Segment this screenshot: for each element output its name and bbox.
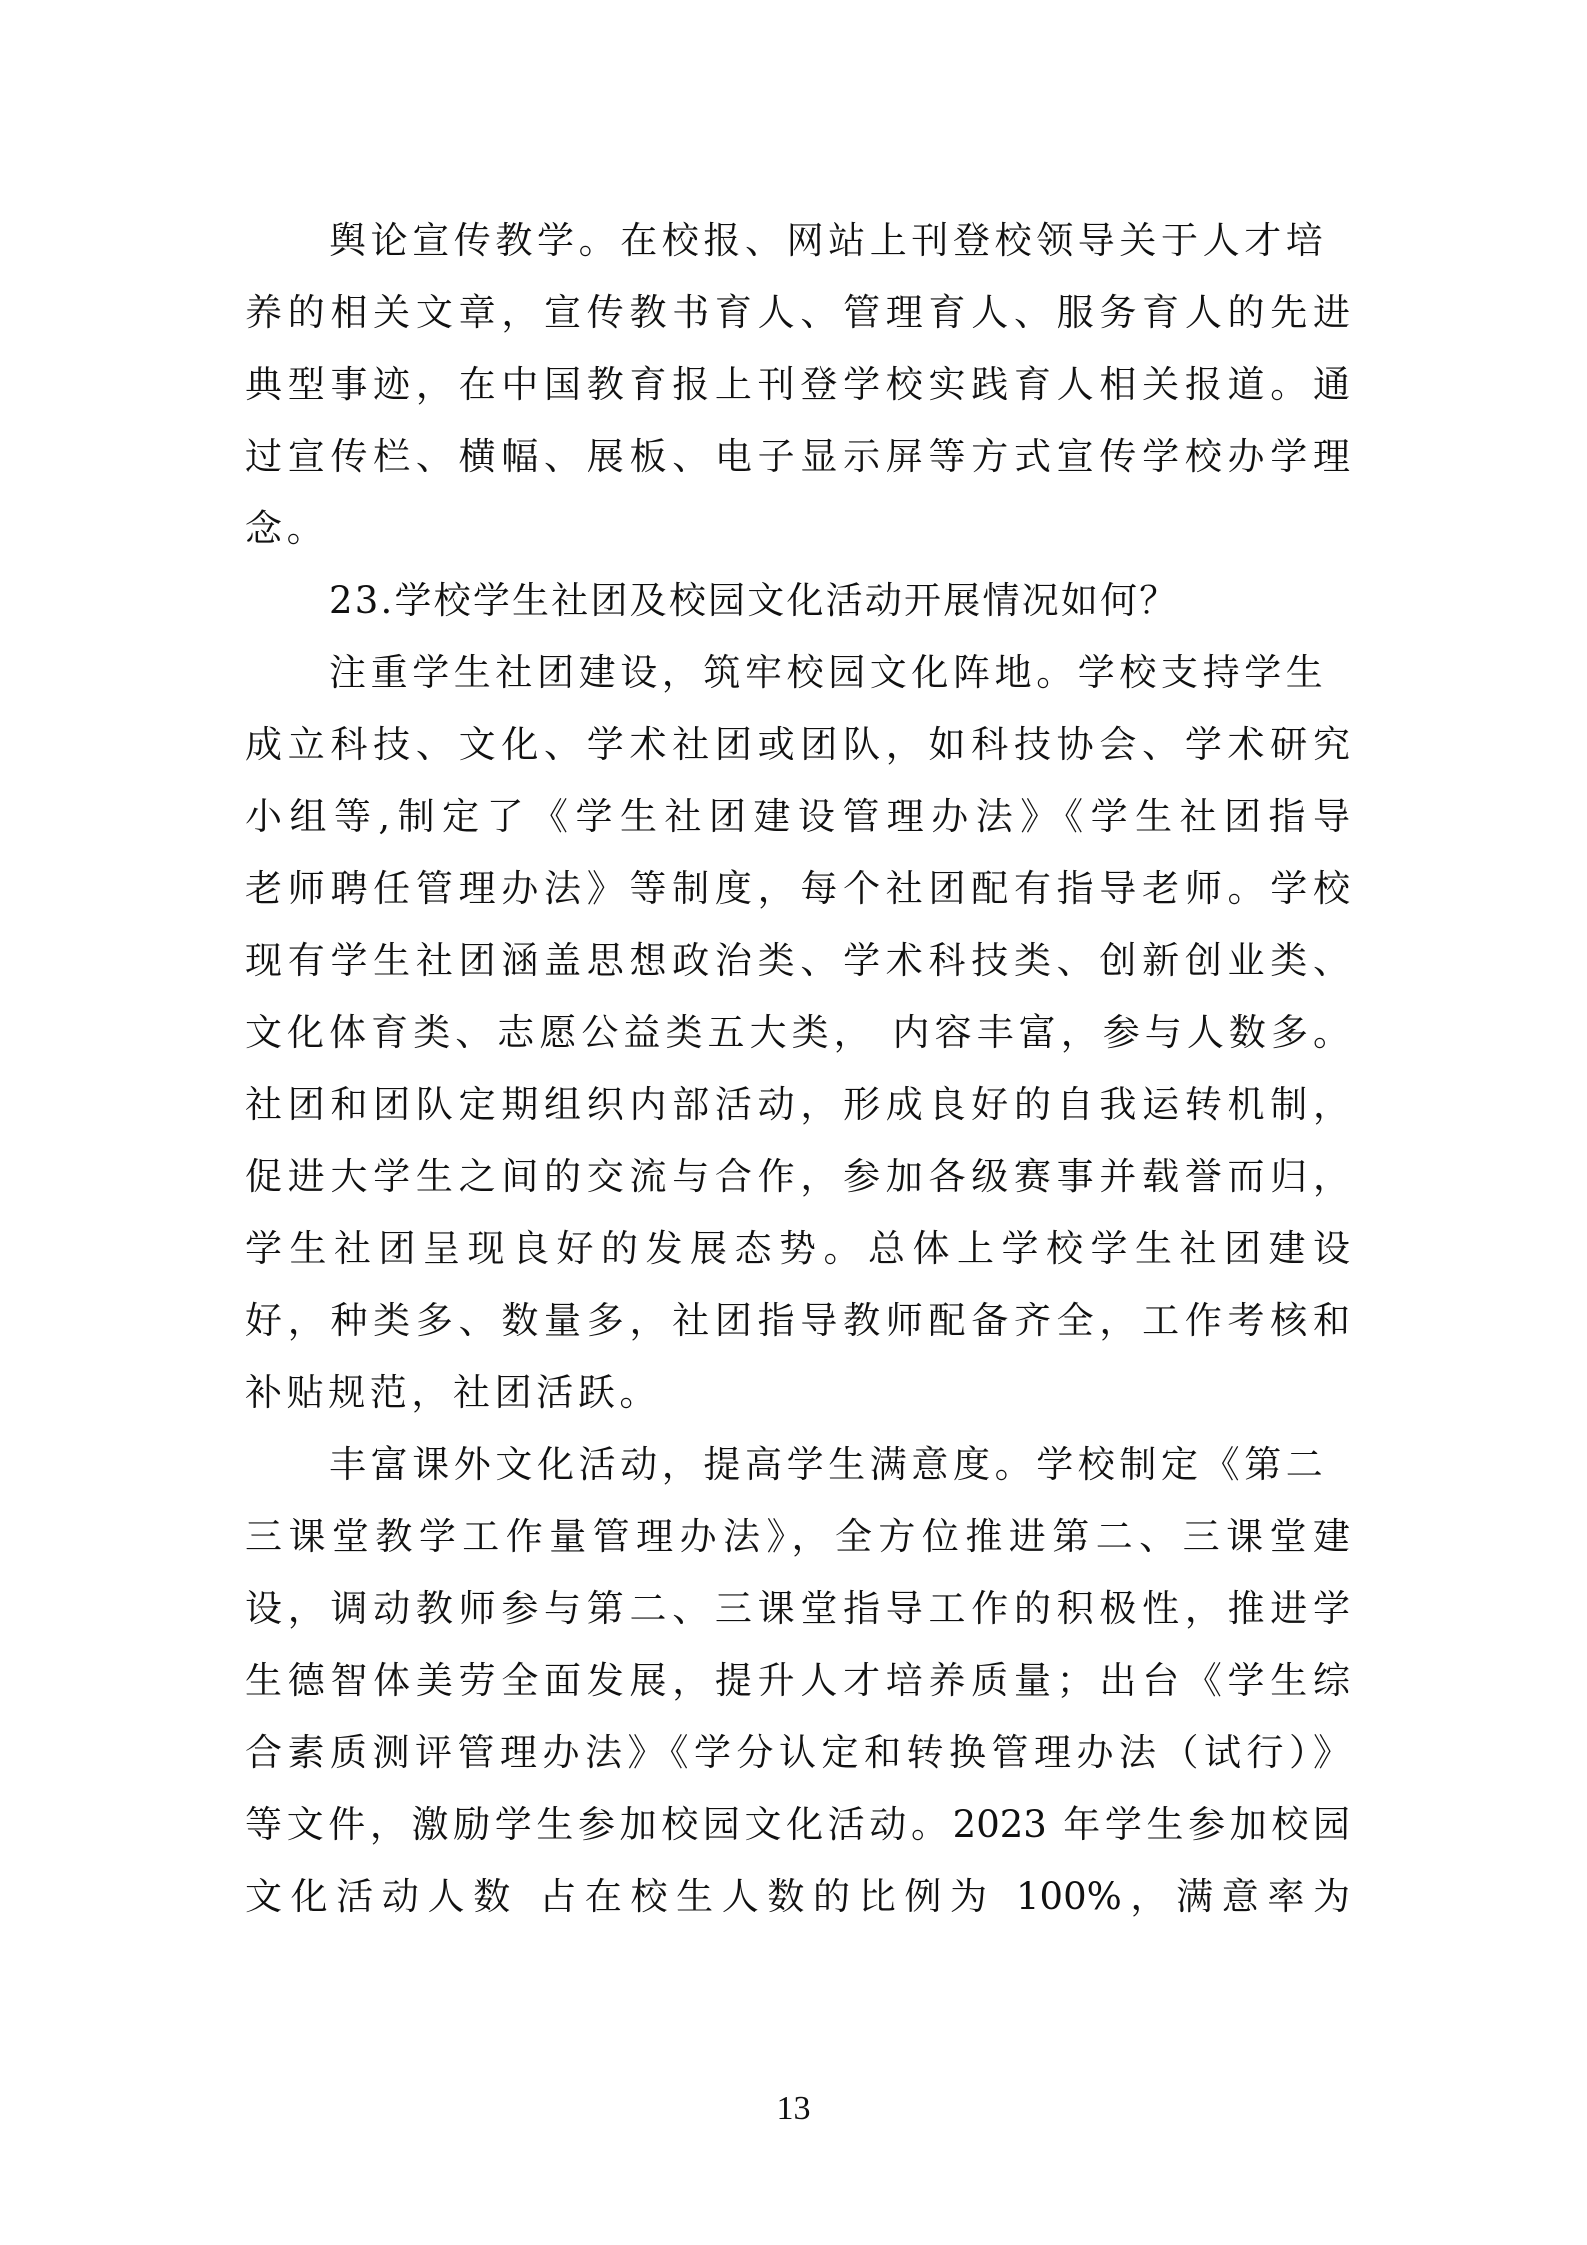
paragraph-line: 等文件，激励学生参加校园文化活动。2023 年学生参加校园 [245,1789,1350,1861]
paragraph-line: 社团和团队定期组织内部活动，形成良好的自我运转机制， [245,1069,1350,1141]
paragraph-line: 丰富课外文化活动，提高学生满意度。学校制定《第二 [245,1429,1350,1501]
paragraph-line: 过宣传栏、横幅、展板、电子显示屏等方式宣传学校办学理 [245,421,1350,493]
page-number: 13 [0,2090,1587,2128]
paragraph-line: 文化活动人数 占在校生人数的比例为 100%，满意率为 [245,1861,1350,1933]
paragraph-line: 养的相关文章，宣传教书育人、管理育人、服务育人的先进 [245,277,1350,349]
paragraph-line: 促进大学生之间的交流与合作，参加各级赛事并载誉而归， [245,1141,1350,1213]
paragraph-line: 三课堂教学工作量管理办法》，全方位推进第二、三课堂建 [245,1501,1350,1573]
paragraph-line: 补贴规范，社团活跃。 [245,1357,1350,1429]
paragraph-line: 学生社团呈现良好的发展态势。总体上学校学生社团建设 [245,1213,1350,1285]
paragraph-line: 设，调动教师参与第二、三课堂指导工作的积极性，推进学 [245,1573,1350,1645]
paragraph-line: 成立科技、文化、学术社团或团队，如科技协会、学术研究 [245,709,1350,781]
paragraph-line: 典型事迹，在中国教育报上刊登学校实践育人相关报道。通 [245,349,1350,421]
paragraph-line: 生德智体美劳全面发展，提升人才培养质量；出台《学生综 [245,1645,1350,1717]
paragraph-line: 好，种类多、数量多，社团指导教师配备齐全，工作考核和 [245,1285,1350,1357]
paragraph-line: 合素质测评管理办法》《学分认定和转换管理办法（试行）》 [245,1717,1350,1789]
document-page: 舆论宣传教学。在校报、网站上刊登校领导关于人才培 养的相关文章，宣传教书育人、管… [245,205,1350,1933]
paragraph-line: 注重学生社团建设，筑牢校园文化阵地。学校支持学生 [245,637,1350,709]
section-heading: 23.学校学生社团及校园文化活动开展情况如何？ [245,565,1350,637]
paragraph-line: 老师聘任管理办法》等制度，每个社团配有指导老师。学校 [245,853,1350,925]
paragraph-line: 念。 [245,493,1350,565]
paragraph-line: 文化体育类、志愿公益类五大类， 内容丰富，参与人数多。 [245,997,1350,1069]
paragraph-line: 舆论宣传教学。在校报、网站上刊登校领导关于人才培 [245,205,1350,277]
paragraph-line: 小组等,制定了《学生社团建设管理办法》《学生社团指导 [245,781,1350,853]
paragraph-line: 现有学生社团涵盖思想政治类、学术科技类、创新创业类、 [245,925,1350,997]
